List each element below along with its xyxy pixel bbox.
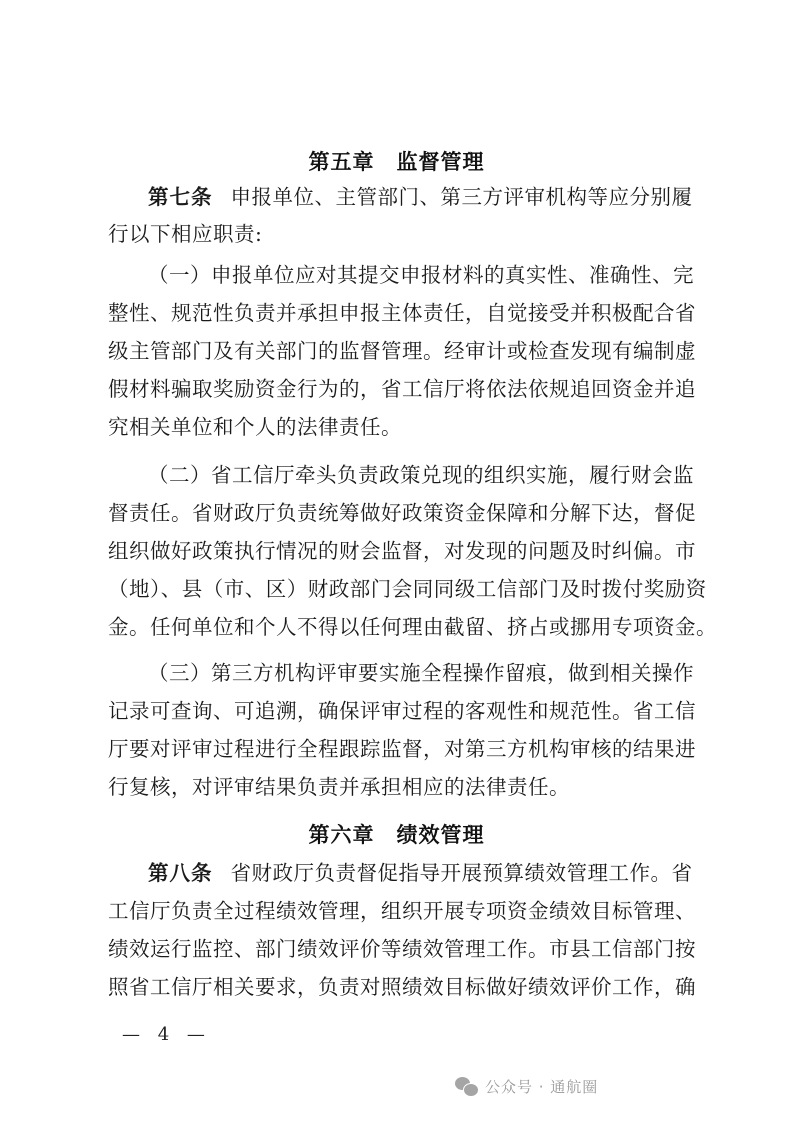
watermark-text: 公众号 · 通航圈 — [485, 1076, 598, 1097]
wechat-icon — [455, 1077, 479, 1097]
item-3-line-2: 记录可查询、可追溯，确保评审过程的客观性和规范性。省工信 — [108, 696, 688, 726]
article-7-line-1: 第七条申报单位、主管部门、第三方评审机构等应分别履 — [148, 182, 688, 212]
item-2-line-3: 组织做好政策执行情况的财会监督，对发现的问题及时纠偏。市 — [108, 536, 688, 566]
item-2-line-2: 督责任。省财政厅负责统筹做好政策资金保障和分解下达，督促 — [108, 498, 688, 528]
item-3-line-3: 厅要对评审过程进行全程跟踪监督，对第三方机构审核的结果进 — [108, 734, 688, 764]
article-8-line-1: 第八条省财政厅负责督促指导开展预算绩效管理工作。省 — [148, 858, 688, 888]
item-2-line-1: （二）省工信厅牵头负责政策兑现的组织实施，履行财会监 — [148, 460, 688, 490]
page-number: — 4 — — [122, 1024, 211, 1045]
article-8-line-4: 照省工信厅相关要求，负责对照绩效目标做好绩效评价工作，确 — [108, 972, 688, 1002]
item-1-line-1: （一）申报单位应对其提交申报材料的真实性、准确性、完 — [148, 260, 688, 290]
item-3-line-4: 行复核，对评审结果负责并承担相应的法律责任。 — [108, 772, 688, 802]
item-2-line-5: 金。任何单位和个人不得以任何理由截留、挤占或挪用专项资金。 — [108, 612, 688, 642]
article-7-line-2: 行以下相应职责: — [108, 219, 688, 249]
article-8-line-3: 绩效运行监控、部门绩效评价等绩效管理工作。市县工信部门按 — [108, 934, 688, 964]
item-1-line-5: 究相关单位和个人的法律责任。 — [108, 412, 688, 442]
article-8-label: 第八条 — [148, 861, 213, 885]
article-8-text: 省财政厅负责督促指导开展预算绩效管理工作。省 — [231, 861, 693, 885]
document-page: 第五章 监督管理 第七条申报单位、主管部门、第三方评审机构等应分别履 行以下相应… — [0, 0, 793, 1122]
item-2-line-4: （地）、县（市、区）财政部门会同同级工信部门及时拨付奖励资 — [108, 574, 688, 604]
article-7-label: 第七条 — [148, 185, 213, 209]
item-1-line-4: 假材料骗取奖励资金行为的，省工信厅将依法依规追回资金并追 — [108, 374, 688, 404]
article-7-text: 申报单位、主管部门、第三方评审机构等应分别履 — [231, 185, 693, 209]
article-8-line-2: 工信厅负责全过程绩效管理，组织开展专项资金绩效目标管理、 — [108, 896, 688, 926]
wechat-watermark: 公众号 · 通航圈 — [455, 1076, 598, 1097]
item-1-line-2: 整性、规范性负责并承担申报主体责任，自觉接受并积极配合省 — [108, 298, 688, 328]
chapter-6-heading: 第六章 绩效管理 — [0, 819, 793, 849]
chapter-5-heading: 第五章 监督管理 — [0, 146, 793, 176]
item-3-line-1: （三）第三方机构评审要实施全程操作留痕，做到相关操作 — [148, 658, 688, 688]
item-1-line-3: 级主管部门及有关部门的监督管理。经审计或检查发现有编制虚 — [108, 336, 688, 366]
